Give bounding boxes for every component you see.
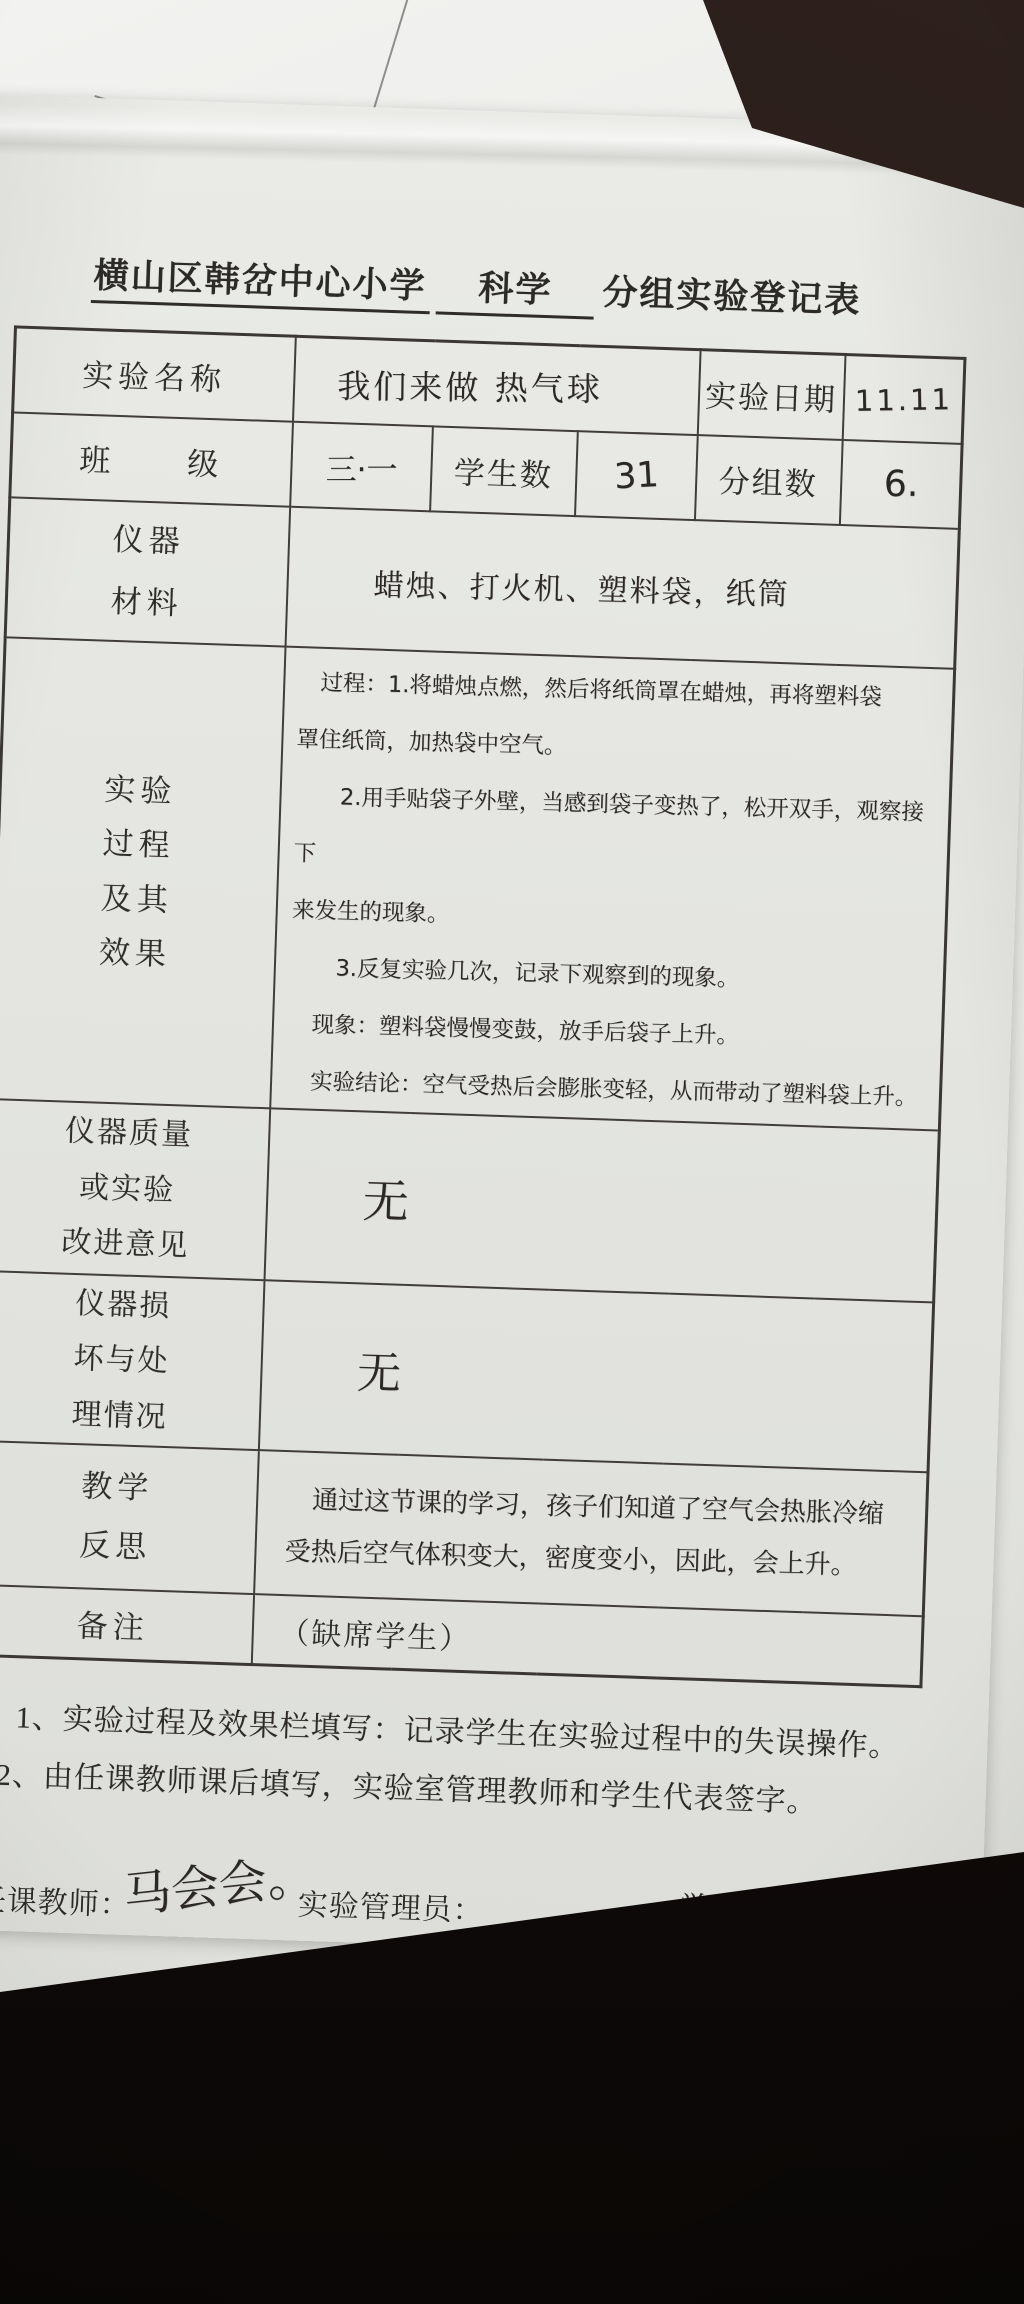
class-value: 三·一: [291, 423, 431, 508]
teacher-signature-label: 任课教师：: [0, 1875, 132, 1924]
materials-value: 蜡烛、打火机、塑料袋，纸筒: [286, 510, 959, 665]
experiment-date-value: 11.11: [843, 355, 965, 442]
quality-label: 仪器质量 或实验 改进意见: [0, 1099, 270, 1280]
remark-label: 备注: [0, 1585, 254, 1664]
form-title: 横山区韩岔中心小学科学分组实验登记表: [0, 244, 1024, 329]
form-name: 分组实验登记表: [602, 273, 862, 321]
process-value: 过程：1.将蜡烛点燃，然后将纸筒罩在蜡烛，再将塑料袋 罩住纸筒，加热袋中空气。 …: [271, 648, 953, 1127]
experiment-record-table: 实验名称 我们来做 热气球 实验日期 11.11 班 级 三·一 学生数 31 …: [0, 325, 967, 1687]
experiment-date-label: 实验日期: [697, 350, 845, 440]
process-label: 实验 过程 及其 效果: [0, 637, 285, 1108]
subject-name: 科学: [436, 267, 595, 319]
groups-value: 6.: [841, 441, 961, 526]
table-row-quality: 仪器质量 或实验 改进意见 无: [0, 1099, 939, 1302]
reflection-label: 教学 反思: [0, 1441, 258, 1594]
reflection-value: 通过这节课的学习，孩子们知道了空气会热胀冷缩 受热后空气体积变大，密度变小，因此…: [254, 1453, 927, 1613]
students-label: 学生数: [430, 426, 578, 516]
table-row-process: 实验 过程 及其 效果 过程：1.将蜡烛点燃，然后将纸筒罩在蜡烛，再将塑料袋 罩…: [0, 637, 955, 1130]
students-value: 31: [574, 429, 698, 520]
table-row-damage: 仪器损 坏与处 理情况 无: [0, 1270, 934, 1472]
lab-manager-signature-label: 实验管理员：: [297, 1879, 484, 1929]
groups-label: 分组数: [694, 435, 842, 525]
teacher-signature: 马会会。: [119, 1837, 317, 1926]
form-paper: 横山区韩岔中心小学科学分组实验登记表 实验名称 我们来做 热气球 实验日期 11…: [0, 94, 1024, 1963]
school-name: 横山区韩岔中心小学: [91, 256, 431, 314]
student-representative-signature: 杨淳博: [824, 1870, 954, 1923]
student-representative-label: 学生代表：: [677, 1882, 833, 1931]
materials-label: 仪器 材料: [5, 497, 289, 646]
photo-scene: 验室。 横山区韩岔中心小学科学分组实验登记表 实验名称 我们来做 热气球 实验日…: [0, 0, 1024, 2304]
damage-label: 仪器损 坏与处 理情况: [0, 1270, 264, 1450]
quality-value: 无: [264, 1108, 939, 1302]
experiment-name-label: 实验名称: [13, 327, 296, 421]
experiment-name-value: 我们来做 热气球: [293, 340, 699, 430]
damage-value: 无: [258, 1280, 933, 1473]
class-label: 班 级: [10, 412, 293, 506]
